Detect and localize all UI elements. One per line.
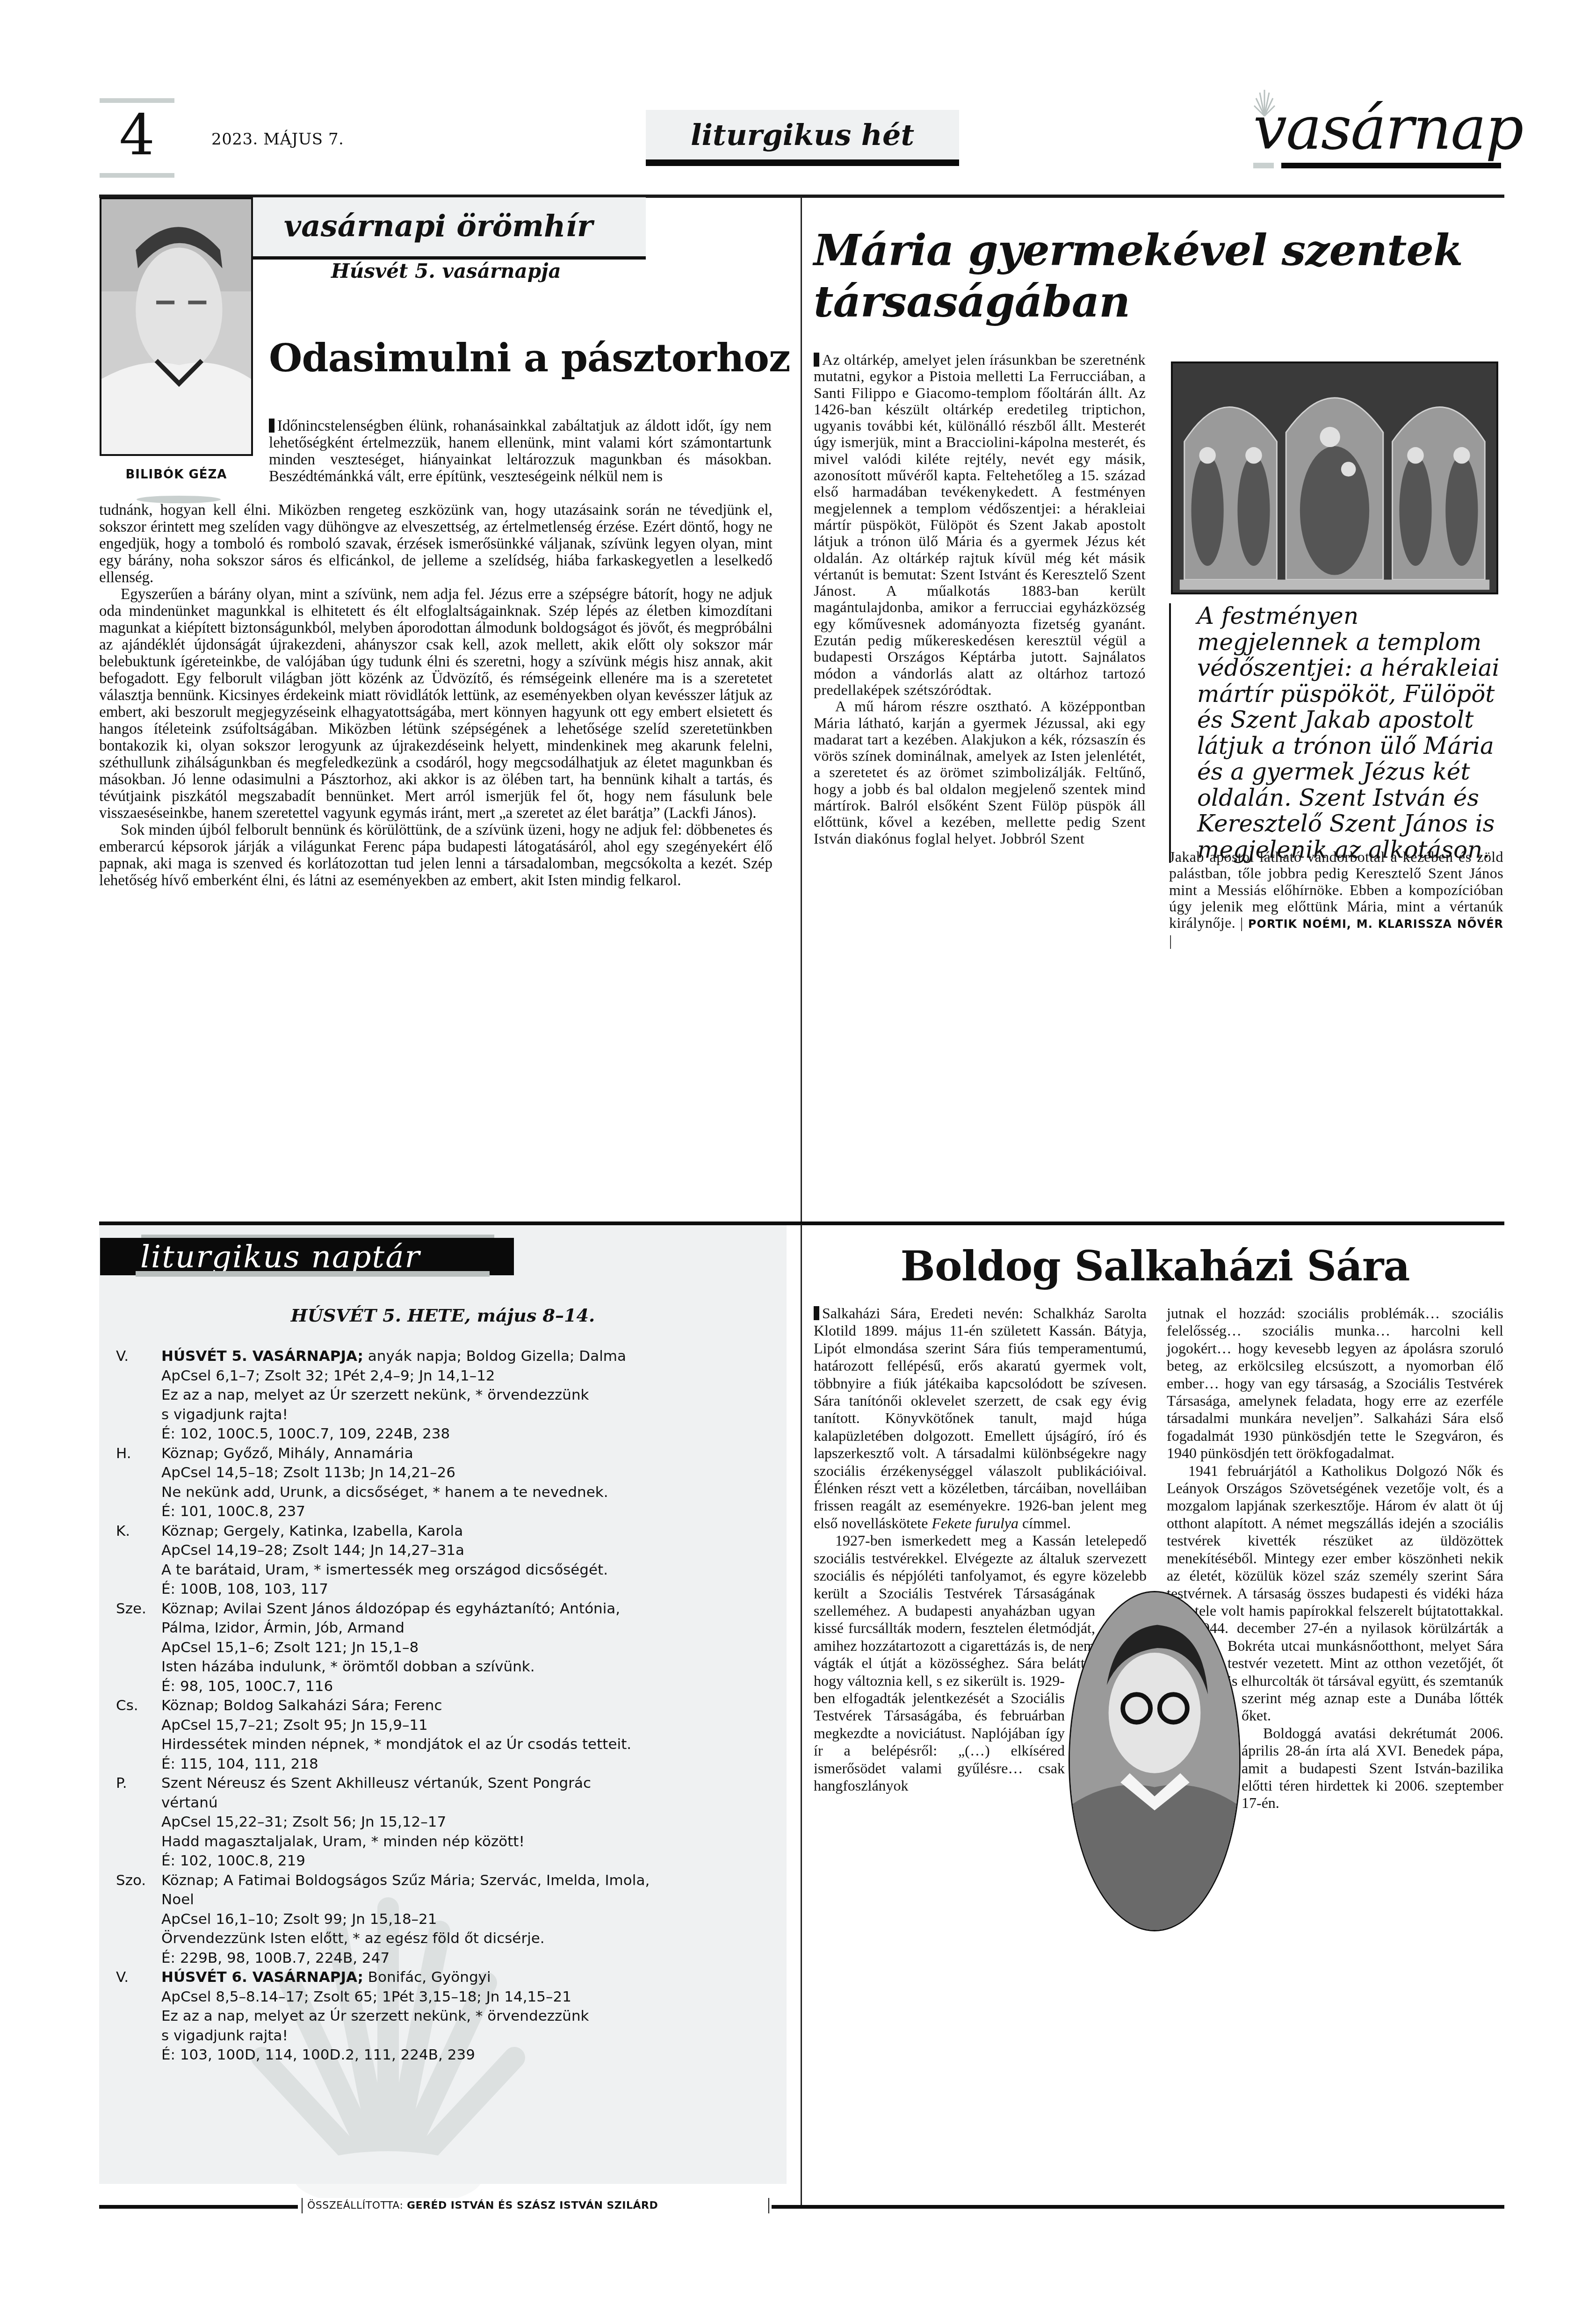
author-photo — [100, 197, 253, 456]
day-code: V. — [116, 1968, 161, 2065]
day-code: P. — [116, 1774, 161, 1871]
publication-logo: vasárnap — [1253, 94, 1501, 168]
paragraph-marker — [814, 1306, 819, 1320]
calendar-day: Cs. Köznap; Boldog Salkaházi Sára; Feren… — [116, 1696, 771, 1774]
calendar-tag-label: liturgikus naptár — [140, 1239, 420, 1275]
article-intro: Időnincstelenségben élünk, rohanásainkka… — [269, 418, 772, 485]
article-body-col1: Az oltárkép, amelyet jelen írásunkban be… — [814, 352, 1146, 847]
calendar-list: V. HÚSVÉT 5. VASÁRNAPJA; anyák napja; Bo… — [116, 1347, 771, 2065]
liturgical-day: Húsvét 5. vasárnapja — [331, 260, 561, 282]
day-code: K. — [116, 1522, 161, 1599]
article-headline: Odasimulni a pásztorhoz — [269, 336, 790, 381]
author-name: BILIBÓK GÉZA — [100, 468, 253, 482]
calendar-day: Szo. Köznap; A Fatimai Boldogságos Szűz … — [116, 1871, 771, 1968]
portrait-image — [101, 199, 251, 454]
salkahazi-portrait — [1069, 1591, 1241, 1931]
article-body-col2: Jakab apostol látható vándorbottal a kez… — [1169, 849, 1503, 949]
paragraph: A mű három részre osztható. A középpontb… — [814, 698, 1146, 847]
altarpiece-image — [1171, 361, 1498, 594]
calendar-tag: liturgikus naptár — [100, 1238, 514, 1275]
kicker-label: vasárnapi örömhír — [284, 209, 593, 244]
day-code: Cs. — [116, 1696, 161, 1774]
calendar-day: Sze. Köznap; Avilai Szent János áldozópa… — [116, 1599, 771, 1697]
book-title: Fekete furulya — [932, 1515, 1018, 1532]
logo-rule — [1281, 163, 1501, 168]
page-number-bar-bottom — [100, 173, 174, 178]
article-headline: Mária gyermekével szentek társaságában — [814, 224, 1492, 327]
calendar-day: P. Szent Néreusz és Szent Akhilleusz vér… — [116, 1774, 771, 1871]
paragraph: Egyszerűen a bárány olyan, mint a szívün… — [99, 586, 773, 822]
issue-date: 2023. MÁJUS 7. — [211, 130, 344, 149]
logo-text: vasárnap — [1253, 94, 1523, 164]
calendar-day: K. Köznap; Gergely, Katinka, Izabella, K… — [116, 1522, 771, 1599]
day-code: H. — [116, 1444, 161, 1522]
day-code: Sze. — [116, 1599, 161, 1697]
calendar-day: V. HÚSVÉT 5. VASÁRNAPJA; anyák napja; Bo… — [116, 1347, 771, 1444]
footer-rule-left — [99, 2205, 298, 2209]
logo-rule-accent — [1253, 163, 1274, 168]
footer-rule-right — [772, 2205, 1504, 2209]
calendar-week-title: HÚSVÉT 5. HETE, május 8–14. — [99, 1305, 787, 1326]
day-code: Szo. — [116, 1871, 161, 1968]
portrait-image — [1070, 1592, 1239, 1930]
column-divider-bottom — [801, 1224, 802, 2206]
paragraph: Sok minden újból felborult bennünk és kö… — [99, 822, 773, 889]
section-tag: liturgikus hét — [646, 110, 959, 166]
byline: PORTIK NOÉMI, M. KLARISSZA NŐVÉR — [1248, 918, 1503, 931]
article-headline: Boldog Salkaházi Sára — [804, 1242, 1506, 1290]
compiled-by-credit: ÖSSZEÁLLÍTOTTA: GERÉD ISTVÁN ÉS SZÁSZ IS… — [302, 2198, 769, 2213]
section-tag-label: liturgikus hét — [691, 118, 914, 152]
day-code: V. — [116, 1347, 161, 1444]
article-body: tudnánk, hogyan kell élni. Miközben reng… — [99, 502, 773, 889]
column-divider-top — [801, 196, 802, 1223]
calendar-tag-accent-bottom — [136, 1271, 490, 1277]
paragraph: jutnak el hozzád: szociális problémák… s… — [1167, 1305, 1503, 1462]
paragraph-marker — [814, 353, 819, 367]
paragraph: tudnánk, hogyan kell élni. Miközben reng… — [99, 502, 773, 586]
calendar-day: H. Köznap; Győző, Mihály, Annamária ApCs… — [116, 1444, 771, 1522]
calendar-day: V. HÚSVÉT 6. VASÁRNAPJA; Bonifác, Gyöngy… — [116, 1968, 771, 2065]
column-kicker: vasárnapi örömhír — [253, 197, 646, 260]
triptych-illustration — [1173, 363, 1496, 593]
paragraph-marker — [269, 419, 274, 433]
pull-quote: A festményen megjelennek a templom védős… — [1169, 603, 1506, 863]
page-number: 4 — [100, 101, 174, 171]
